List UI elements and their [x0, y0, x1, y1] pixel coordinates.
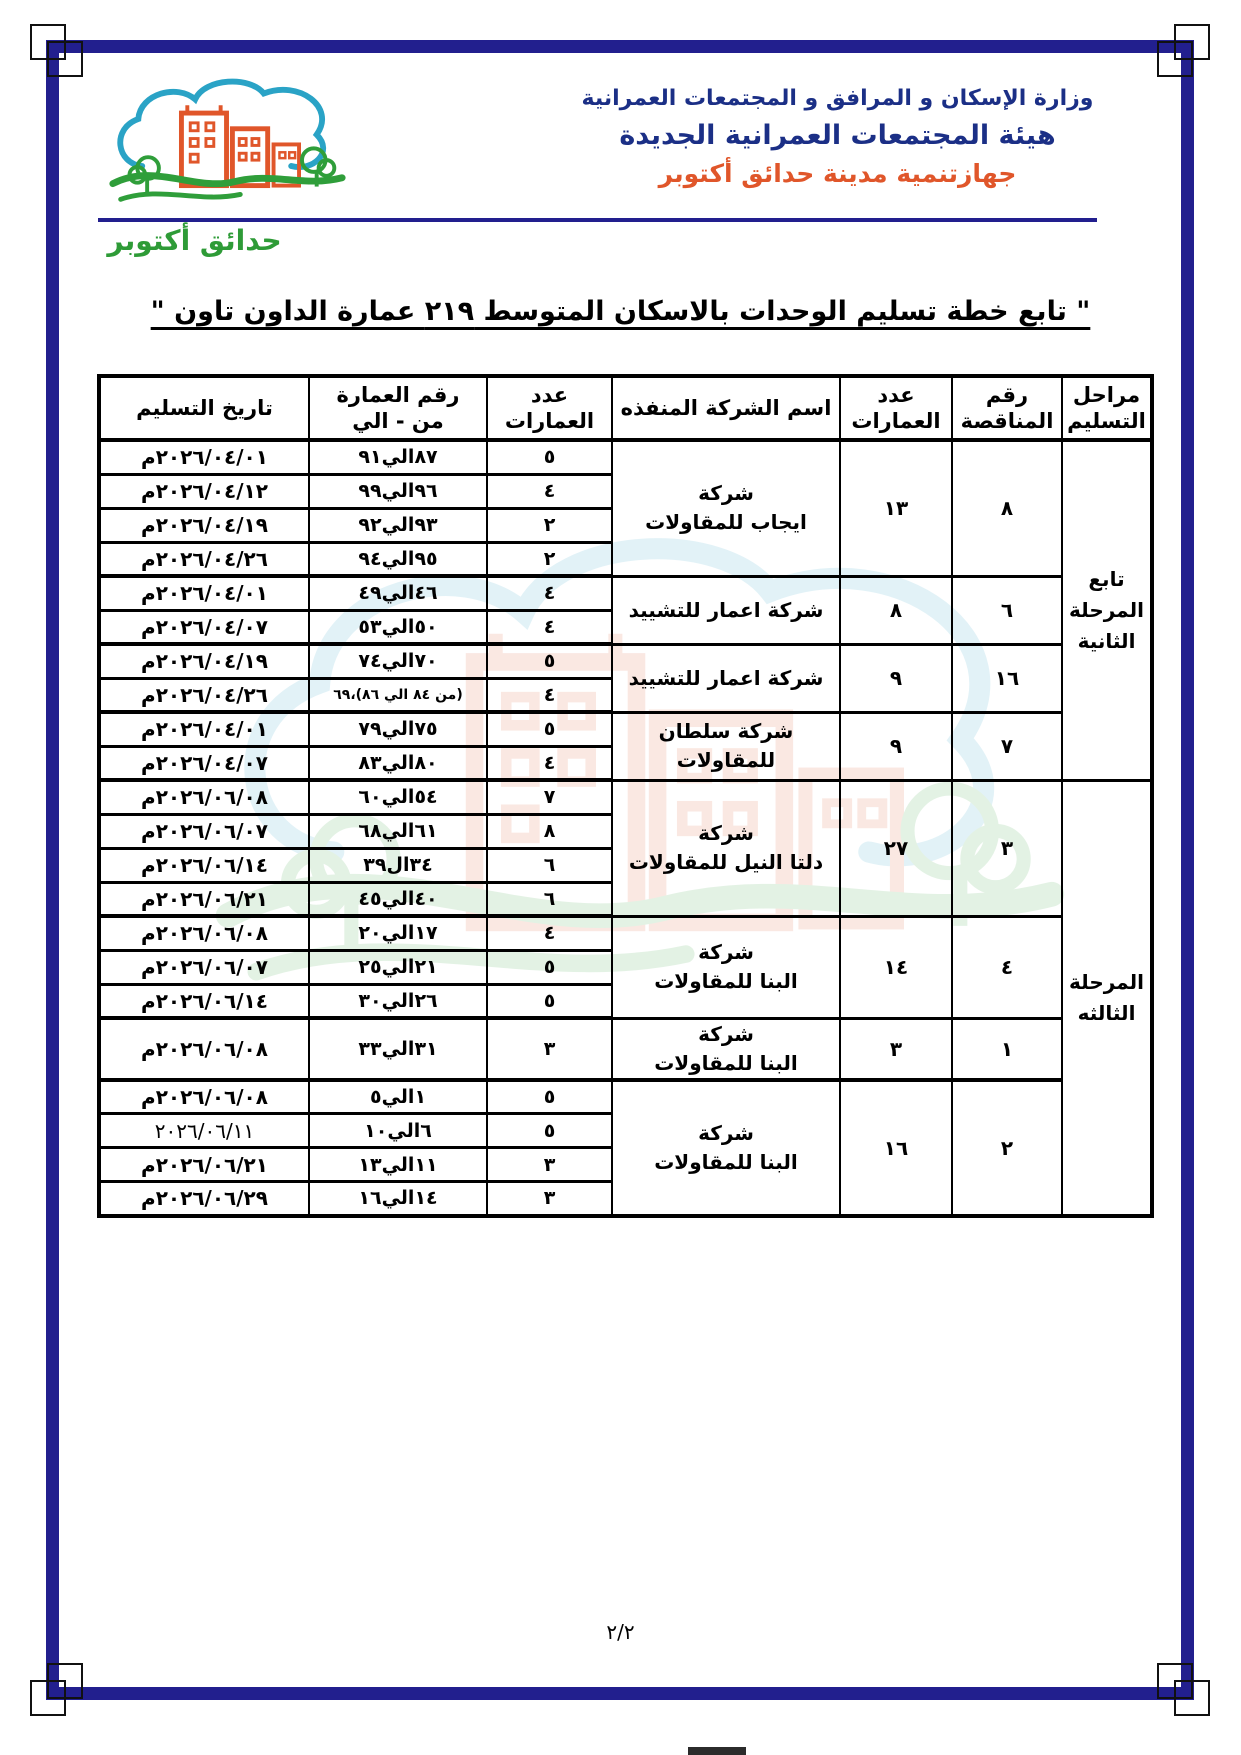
count-cell: ٩ — [840, 644, 952, 712]
delivery-date-cell: ٢٠٢٦/٠٦/١١ — [99, 1114, 309, 1148]
page-number: ٢/٢ — [0, 1620, 1241, 1644]
corner-ornament — [47, 41, 83, 77]
building-range-cell: ٧٥الي٧٩ — [309, 712, 487, 746]
schedule-table: مراحل التسليم رقم المناقصة عدد العمارات … — [97, 374, 1154, 1218]
building-range-cell: ٢١الي٢٥ — [309, 950, 487, 984]
delivery-date-cell: ٢٠٢٦/٠٦/١٤م — [99, 848, 309, 882]
delivery-date-cell: ٢٠٢٦/٠٤/١٢م — [99, 474, 309, 508]
delivery-date-cell: ٢٠٢٦/٠٦/٠٨م — [99, 1018, 309, 1080]
building-range-cell: ٤٠الي٤٥ — [309, 882, 487, 916]
company-cell: شركة البنا للمقاولات — [612, 1080, 840, 1216]
company-cell: شركة اعمار للتشييد — [612, 576, 840, 644]
header-buildings-count-2: عدد العمارات — [487, 376, 612, 440]
units-count-cell: ٨ — [487, 814, 612, 848]
units-count-cell: ٢ — [487, 508, 612, 542]
delivery-schedule: مراحل التسليم رقم المناقصة عدد العمارات … — [97, 374, 1154, 1218]
delivery-date-cell: ٢٠٢٦/٠٤/١٩م — [99, 508, 309, 542]
header-stage: مراحل التسليم — [1062, 376, 1152, 440]
building-range-cell: ١٤الي١٦ — [309, 1182, 487, 1216]
building-range-cell: ٨٧الي٩١ — [309, 440, 487, 474]
count-cell: ٣ — [840, 1018, 952, 1080]
company-cell: شركة اعمار للتشييد — [612, 644, 840, 712]
logo-text: حدائق أكتوبر — [92, 224, 297, 257]
stage-cell: المرحلة الثالثه — [1062, 780, 1152, 1216]
units-count-cell: ٤ — [487, 576, 612, 610]
units-count-cell: ٦ — [487, 848, 612, 882]
units-count-cell: ٢ — [487, 542, 612, 576]
count-cell: ١٣ — [840, 440, 952, 576]
ministry-line: وزارة الإسكان و المرافق و المجتمعات العم… — [575, 82, 1100, 116]
delivery-date-cell: ٢٠٢٦/٠٦/٠٧م — [99, 814, 309, 848]
units-count-cell: ٥ — [487, 950, 612, 984]
building-range-cell: ٥٤الي٦٠ — [309, 780, 487, 814]
units-count-cell: ٣ — [487, 1018, 612, 1080]
delivery-date-cell: ٢٠٢٦/٠٦/٢٩م — [99, 1182, 309, 1216]
document-page: حدائق أكتوبر وزارة الإسكان و المرافق و ا… — [0, 0, 1241, 1755]
corner-ornament — [1157, 41, 1193, 77]
delivery-date-cell: ٢٠٢٦/٠٤/١٩م — [99, 644, 309, 678]
count-cell: ٨ — [840, 576, 952, 644]
delivery-date-cell: ٢٠٢٦/٠٦/٠٨م — [99, 780, 309, 814]
units-count-cell: ٤ — [487, 916, 612, 950]
header-tender-number: رقم المناقصة — [952, 376, 1062, 440]
bottom-edge-mark — [688, 1747, 746, 1755]
units-count-cell: ٤ — [487, 746, 612, 780]
building-range-cell: (من ٨٤ الي ٨٦)،٦٩ — [309, 678, 487, 712]
tender-cell: ٧ — [952, 712, 1062, 780]
building-range-cell: ٦١الي٦٨ — [309, 814, 487, 848]
building-range-cell: ٣١الي٣٣ — [309, 1018, 487, 1080]
corner-ornament — [47, 1663, 83, 1699]
delivery-date-cell: ٢٠٢٦/٠٤/٢٦م — [99, 542, 309, 576]
units-count-cell: ٥ — [487, 440, 612, 474]
header-building-range: رقم العمارة من - الي — [309, 376, 487, 440]
units-count-cell: ٥ — [487, 712, 612, 746]
building-range-cell: ٢٦الي٣٠ — [309, 984, 487, 1018]
tender-cell: ١ — [952, 1018, 1062, 1080]
header-delivery-date: تاريخ التسليم — [99, 376, 309, 440]
units-count-cell: ٥ — [487, 984, 612, 1018]
count-cell: ٢٧ — [840, 780, 952, 916]
building-range-cell: ١الي٥ — [309, 1080, 487, 1114]
document-title: " تابع خطة تسليم الوحدات بالاسكان المتوس… — [0, 296, 1241, 327]
units-count-cell: ٤ — [487, 610, 612, 644]
units-count-cell: ٤ — [487, 678, 612, 712]
building-range-cell: ١٧الي٢٠ — [309, 916, 487, 950]
tender-cell: ٤ — [952, 916, 1062, 1018]
units-count-cell: ٣ — [487, 1148, 612, 1182]
stage-cell: تابع المرحلة الثانية — [1062, 440, 1152, 780]
building-range-cell: ٥٠الي٥٣ — [309, 610, 487, 644]
building-range-cell: ٨٠الي٨٣ — [309, 746, 487, 780]
delivery-date-cell: ٢٠٢٦/٠٤/٠٧م — [99, 610, 309, 644]
building-range-cell: ٧٠الي٧٤ — [309, 644, 487, 678]
building-range-cell: ٤٦الي٤٩ — [309, 576, 487, 610]
tender-cell: ٣ — [952, 780, 1062, 916]
delivery-date-cell: ٢٠٢٦/٠٦/٠٨م — [99, 916, 309, 950]
authority-line: هيئة المجتمعات العمرانية الجديدة — [575, 116, 1100, 155]
tender-cell: ٦ — [952, 576, 1062, 644]
units-count-cell: ٥ — [487, 1080, 612, 1114]
company-cell: شركة دلتا النيل للمقاولات — [612, 780, 840, 916]
company-cell: شركة البنا للمقاولات — [612, 1018, 840, 1080]
count-cell: ٩ — [840, 712, 952, 780]
building-range-cell: ٦الي١٠ — [309, 1114, 487, 1148]
agency-line: جهازتنمية مدينة حدائق أكتوبر — [575, 155, 1100, 193]
company-cell: شركة ايجاب للمقاولات — [612, 440, 840, 576]
units-count-cell: ٦ — [487, 882, 612, 916]
building-range-cell: ٩٥الي٩٤ — [309, 542, 487, 576]
tender-cell: ١٦ — [952, 644, 1062, 712]
delivery-date-cell: ٢٠٢٦/٠٦/٢١م — [99, 1148, 309, 1182]
building-range-cell: ٩٣الي٩٢ — [309, 508, 487, 542]
delivery-date-cell: ٢٠٢٦/٠٦/٢١م — [99, 882, 309, 916]
delivery-date-cell: ٢٠٢٦/٠٦/١٤م — [99, 984, 309, 1018]
company-cell: شركة سلطان للمقاولات — [612, 712, 840, 780]
city-logo — [105, 68, 350, 219]
delivery-date-cell: ٢٠٢٦/٠٤/٠١م — [99, 440, 309, 474]
letterhead: وزارة الإسكان و المرافق و المجتمعات العم… — [575, 82, 1100, 193]
company-cell: شركة البنا للمقاولات — [612, 916, 840, 1018]
building-range-cell: ٣٤ال٣٩ — [309, 848, 487, 882]
delivery-date-cell: ٢٠٢٦/٠٦/٠٨م — [99, 1080, 309, 1114]
building-range-cell: ١١الي١٣ — [309, 1148, 487, 1182]
delivery-date-cell: ٢٠٢٦/٠٦/٠٧م — [99, 950, 309, 984]
count-cell: ١٤ — [840, 916, 952, 1018]
corner-ornament — [1157, 1663, 1193, 1699]
count-cell: ١٦ — [840, 1080, 952, 1216]
units-count-cell: ٧ — [487, 780, 612, 814]
units-count-cell: ٥ — [487, 644, 612, 678]
building-range-cell: ٩٦الي٩٩ — [309, 474, 487, 508]
header-buildings-count: عدد العمارات — [840, 376, 952, 440]
delivery-date-cell: ٢٠٢٦/٠٤/٠١م — [99, 712, 309, 746]
tender-cell: ٨ — [952, 440, 1062, 576]
delivery-date-cell: ٢٠٢٦/٠٤/٢٦م — [99, 678, 309, 712]
delivery-date-cell: ٢٠٢٦/٠٤/٠٧م — [99, 746, 309, 780]
header-company: اسم الشركة المنفذه — [612, 376, 840, 440]
units-count-cell: ٤ — [487, 474, 612, 508]
units-count-cell: ٣ — [487, 1182, 612, 1216]
delivery-date-cell: ٢٠٢٦/٠٤/٠١م — [99, 576, 309, 610]
units-count-cell: ٥ — [487, 1114, 612, 1148]
tender-cell: ٢ — [952, 1080, 1062, 1216]
